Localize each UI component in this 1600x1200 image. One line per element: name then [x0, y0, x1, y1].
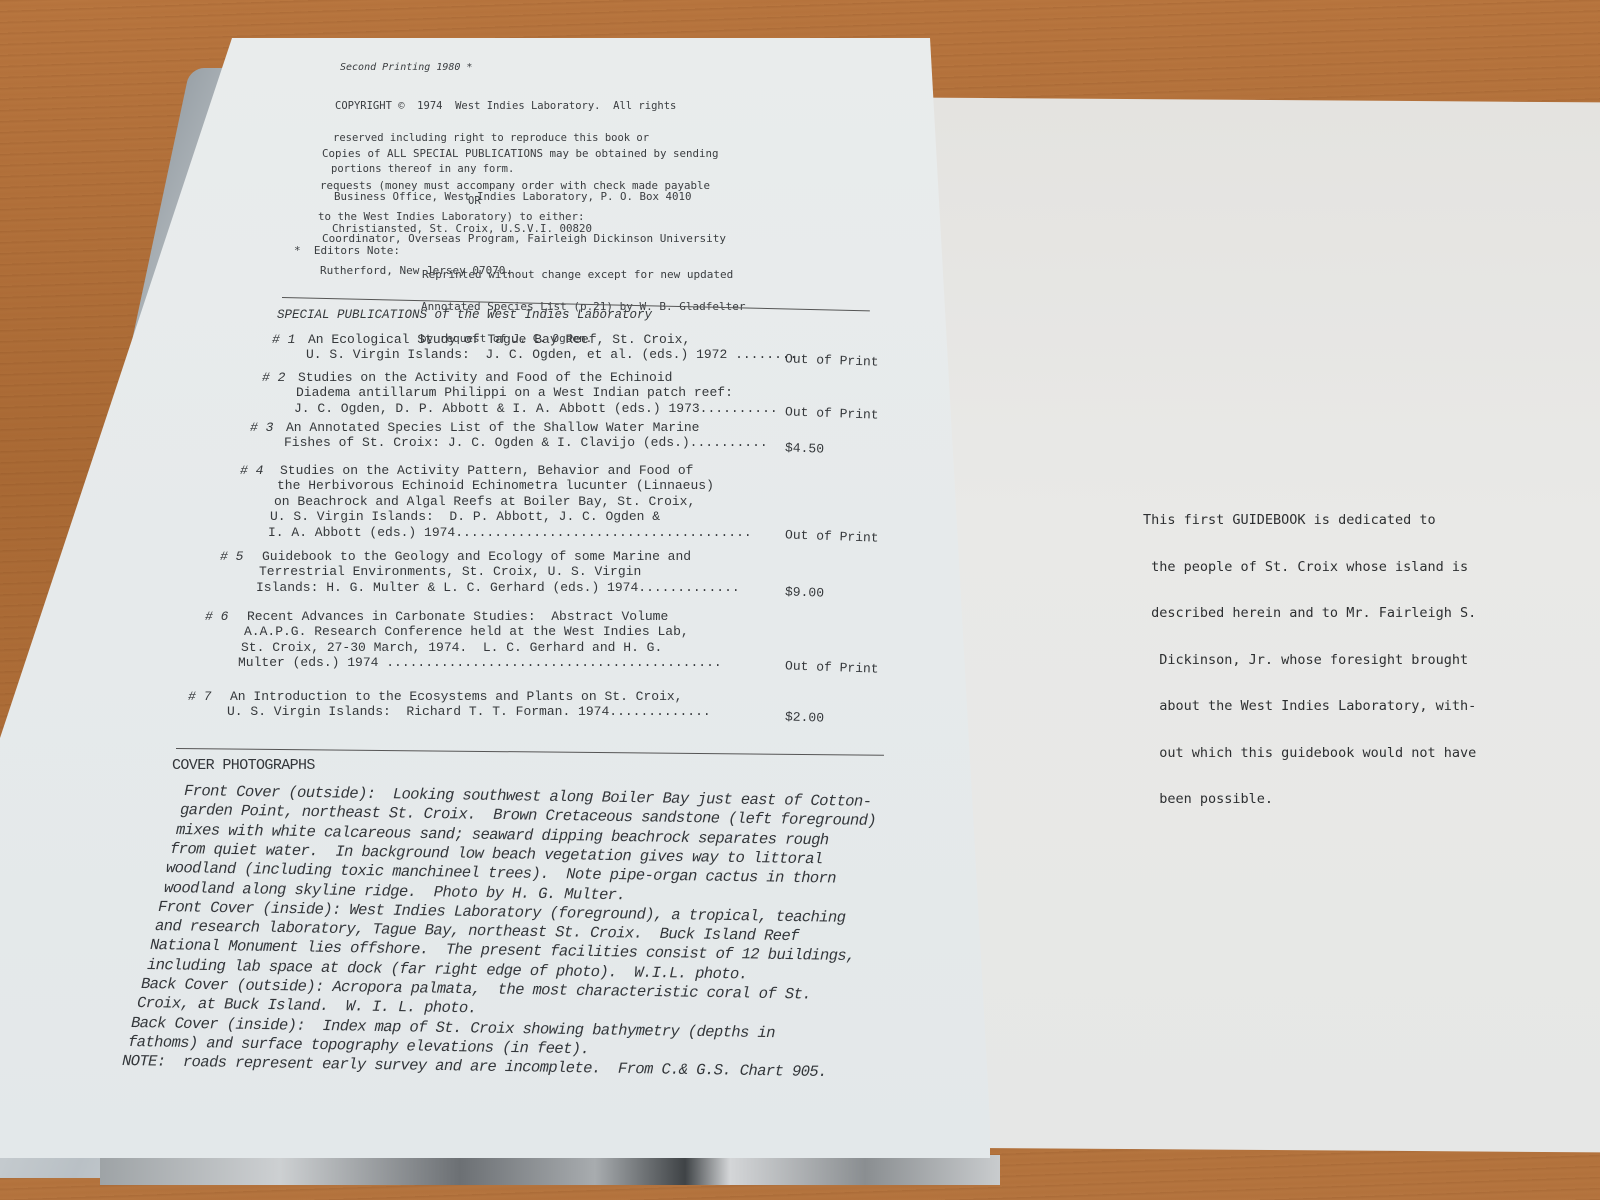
publication-line: Studies on the Activity Pattern, Behavio…	[280, 463, 693, 478]
publication-status: Out of Print	[785, 404, 879, 422]
copyright-line: COPYRIGHT © 1974 West Indies Laboratory.…	[335, 101, 676, 112]
editors-note-label: * Editors Note:	[294, 245, 400, 257]
address-line: Coordinator, Overseas Program, Fairleigh…	[322, 234, 726, 245]
editors-note-line: Reprinted without change except for new …	[422, 270, 746, 281]
publication-line: U. S. Virgin Islands: D. P. Abbott, J. C…	[270, 509, 660, 524]
publication-status: $9.00	[785, 584, 825, 600]
publication-number: # 7	[188, 689, 211, 704]
printing-note: Second Printing 1980 *	[340, 62, 472, 74]
publication-number: # 6	[205, 609, 228, 624]
publication-number: # 5	[220, 549, 243, 564]
cover-photographs-heading: COVER PHOTOGRAPHS	[172, 756, 315, 776]
publication-line: J. C. Ogden, D. P. Abbott & I. A. Abbott…	[294, 401, 778, 416]
publication-line: U. S. Virgin Islands: J. C. Ogden, et al…	[306, 347, 797, 362]
special-publications-heading: SPECIAL PUBLICATIONS of the West Indies …	[277, 308, 652, 323]
publication-status: $4.50	[785, 440, 825, 456]
copies-line: Copies of ALL SPECIAL PUBLICATIONS may b…	[322, 149, 719, 160]
publication-line: A.A.P.G. Research Conference held at the…	[244, 624, 689, 639]
publication-status: $2.00	[785, 709, 825, 725]
dedication-line: out which this guidebook would not have	[1143, 746, 1476, 762]
publication-line: Terrestrial Environments, St. Croix, U. …	[259, 564, 641, 579]
publication-line: I. A. Abbott (eds.) 1974................…	[268, 525, 752, 540]
dedication-text: This first GUIDEBOOK is dedicated to the…	[1143, 482, 1476, 823]
publication-line: An Ecological Study of Tague Bay Reef, S…	[308, 332, 690, 347]
or-separator: OR	[468, 195, 481, 207]
publication-number: # 3	[250, 420, 273, 435]
publication-line: Diadema antillarum Philippi on a West In…	[296, 385, 733, 400]
dedication-line: This first GUIDEBOOK is dedicated to	[1143, 513, 1476, 529]
publication-number: # 1	[272, 332, 295, 347]
publication-line: on Beachrock and Algal Reefs at Boiler B…	[274, 494, 695, 509]
publication-line: An Introduction to the Ecosystems and Pl…	[230, 689, 682, 704]
dedication-line: the people of St. Croix whose island is	[1143, 560, 1476, 576]
publication-number: # 4	[240, 463, 263, 478]
publication-line: the Herbivorous Echinoid Echinometra luc…	[277, 478, 714, 493]
publication-line: St. Croix, 27-30 March, 1974. L. C. Gerh…	[241, 640, 662, 655]
publication-line: Multer (eds.) 1974 .....................…	[238, 655, 722, 670]
dedication-line: described herein and to Mr. Fairleigh S.	[1143, 606, 1476, 622]
cover-photo-strip	[100, 1155, 1000, 1185]
publication-status: Out of Print	[785, 351, 879, 369]
publication-line: Studies on the Activity and Food of the …	[298, 370, 672, 385]
publication-line: Recent Advances in Carbonate Studies: Ab…	[247, 609, 668, 624]
dedication-line: Dickinson, Jr. whose foresight brought	[1143, 653, 1476, 669]
publication-number: # 2	[262, 370, 285, 385]
publication-line: An Annotated Species List of the Shallow…	[286, 420, 699, 435]
dedication-line: about the West Indies Laboratory, with-	[1143, 699, 1476, 715]
publication-line: Guidebook to the Geology and Ecology of …	[262, 549, 691, 564]
publication-line: U. S. Virgin Islands: Richard T. T. Form…	[227, 704, 711, 719]
dedication-line: been possible.	[1143, 792, 1476, 808]
publication-line: Fishes of St. Croix: J. C. Ogden & I. Cl…	[284, 435, 768, 450]
publication-line: Islands: H. G. Multer & L. C. Gerhard (e…	[256, 580, 740, 595]
publication-status: Out of Print	[785, 658, 879, 676]
address-line: Business Office, West Indies Laboratory,…	[334, 192, 692, 203]
publication-status: Out of Print	[785, 527, 879, 545]
